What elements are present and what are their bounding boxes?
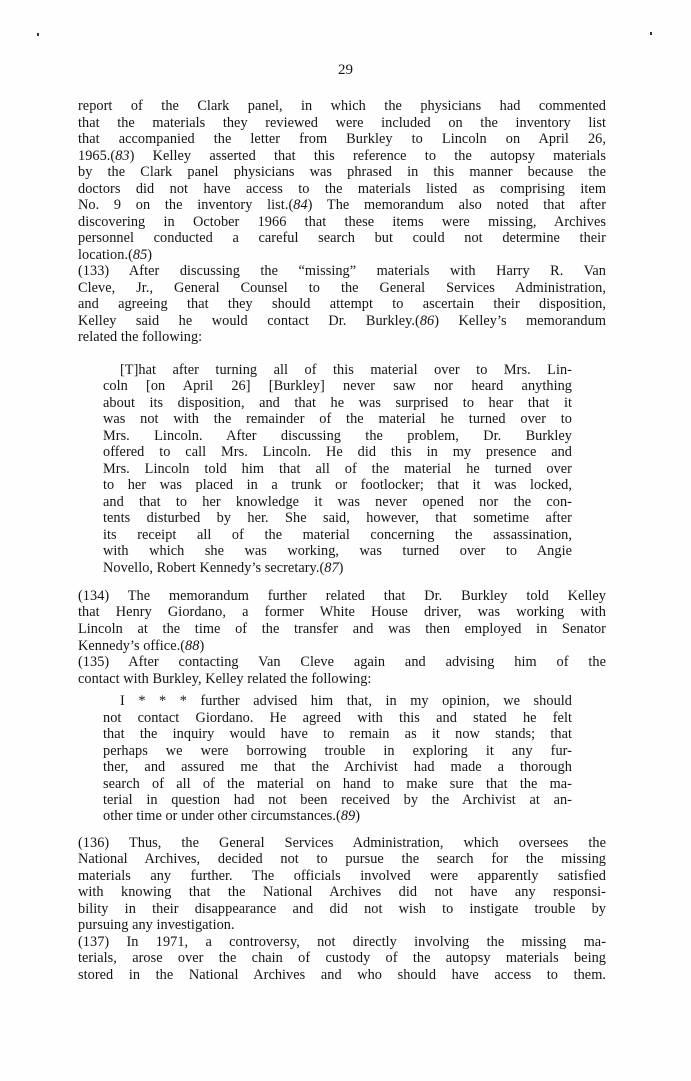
block-quote-line: with which she was working, was turned o… [103, 543, 572, 559]
paragraph-line: that the materials they reviewed were in… [78, 115, 606, 131]
block-quote-line: ther, and assured me that the Archivist … [103, 759, 572, 775]
block-quote-line: about its disposition, and that he was s… [103, 395, 572, 411]
footnote-ref: 87 [324, 560, 338, 576]
paragraph-line: report of the Clark panel, in which the … [78, 98, 606, 114]
block-quote-line: and that to her knowledge it was never o… [103, 494, 572, 510]
block-quote-line: other time or under other circumstances.… [103, 808, 572, 824]
block-quote-line: perhaps we were borrowing trouble in exp… [103, 743, 572, 759]
paragraph-line: Lincoln at the time of the transfer and … [78, 621, 606, 637]
paragraph-line: pursuing any investigation. [78, 917, 606, 933]
paragraph-line: Kennedy’s office.(88) [78, 638, 606, 654]
block-quote-line: search of all of the material on hand to… [103, 776, 572, 792]
paragraph-line: No. 9 on the inventory list.(84) The mem… [78, 197, 606, 213]
paragraph-line: (134) The memorandum further related tha… [78, 588, 606, 604]
paragraph-line: doctors did not have access to the mater… [78, 181, 606, 197]
block-quote-line: I * * * further advised him that, in my … [120, 693, 572, 709]
paragraph-line: terials, arose over the chain of custody… [78, 950, 606, 966]
block-quote-line: that the inquiry would have to remain as… [103, 726, 572, 742]
paragraph-line: Cleve, Jr., General Counsel to the Gener… [78, 280, 606, 296]
paragraph-line: (133) After discussing the “missing” mat… [78, 263, 606, 279]
paragraph-line: and agreeing that they should attempt to… [78, 296, 606, 312]
block-quote-line: to her was placed in a trunk or footlock… [103, 477, 572, 493]
paragraph-line: Kelley said he would contact Dr. Burkley… [78, 313, 606, 329]
block-quote-line: tents disturbed by her. She said, howeve… [103, 510, 572, 526]
paragraph-line: personnel conducted a careful search but… [78, 230, 606, 246]
paragraph-line: (135) After contacting Van Cleve again a… [78, 654, 606, 670]
document-page: 29 report of the Clark panel, in which t… [0, 0, 691, 1081]
paragraph-line: (136) Thus, the General Services Adminis… [78, 835, 606, 851]
paragraph-line: by the Clark panel physicians was phrase… [78, 164, 606, 180]
paragraph-line: (137) In 1971, a controversy, not direct… [78, 934, 606, 950]
page-number: 29 [0, 62, 691, 78]
paragraph-line: with knowing that the National Archives … [78, 884, 606, 900]
block-quote-line: not contact Giordano. He agreed with thi… [103, 710, 572, 726]
paragraph-line: bility in their disappearance and did no… [78, 901, 606, 917]
footnote-ref: 88 [185, 638, 199, 654]
footnote-ref: 86 [420, 313, 434, 329]
block-quote-line: offered to call Mrs. Lincoln. He did thi… [103, 444, 572, 460]
block-quote-line: its receipt all of the material concerni… [103, 527, 572, 543]
block-quote-line: [T]hat after turning all of this materia… [120, 362, 572, 378]
paragraph-line: discovering in October 1966 that these i… [78, 214, 606, 230]
footnote-ref: 84 [293, 197, 307, 213]
footnote-ref: 85 [133, 247, 147, 263]
paragraph-line: contact with Burkley, Kelley related the… [78, 671, 606, 687]
block-quote-line: Mrs. Lincoln told him that all of the ma… [103, 461, 572, 477]
paragraph-line: location.(85) [78, 247, 606, 263]
block-quote-line: terial in question had not been received… [103, 792, 572, 808]
block-quote-line: was not with the remainder of the materi… [103, 411, 572, 427]
footnote-ref: 83 [115, 148, 129, 164]
scan-mark-left [37, 33, 39, 36]
scan-mark-right [650, 32, 652, 35]
paragraph-line: that accompanied the letter from Burkley… [78, 131, 606, 147]
block-quote-line: coln [on April 26] [Burkley] never saw n… [103, 378, 572, 394]
paragraph-line: materials any further. The officials inv… [78, 868, 606, 884]
paragraph-line: 1965.(83) Kelley asserted that this refe… [78, 148, 606, 164]
block-quote-line: Mrs. Lincoln. After discussing the probl… [103, 428, 572, 444]
paragraph-line: National Archives, decided not to pursue… [78, 851, 606, 867]
footnote-ref: 89 [341, 808, 355, 824]
paragraph-line: related the following: [78, 329, 606, 345]
paragraph-line: that Henry Giordano, a former White Hous… [78, 604, 606, 620]
paragraph-line: stored in the National Archives and who … [78, 967, 606, 983]
block-quote-line: Novello, Robert Kennedy’s secretary.(87) [103, 560, 572, 576]
